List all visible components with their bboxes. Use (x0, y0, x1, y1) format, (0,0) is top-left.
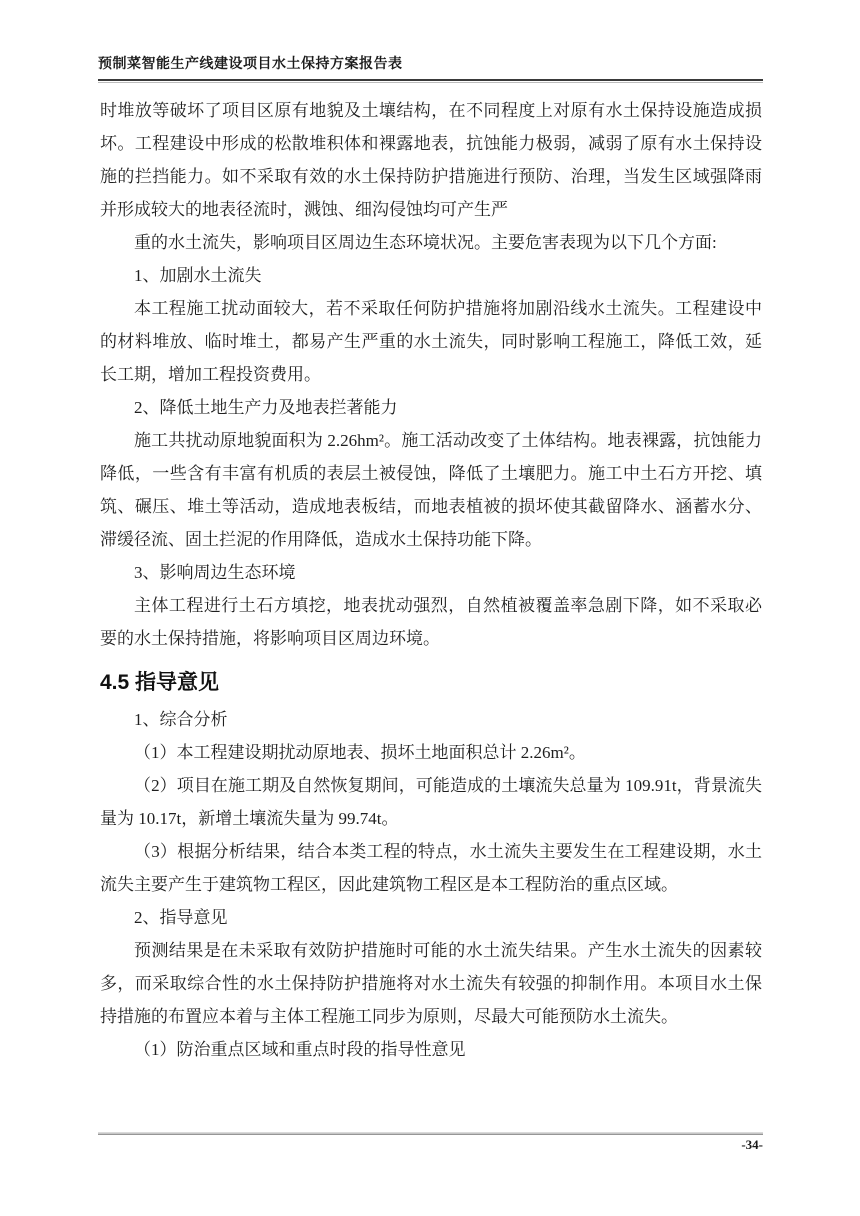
body-paragraph: 时堆放等破坏了项目区原有地貌及土壤结构，在不同程度上对原有水土保持设施造成损坏。… (100, 94, 762, 226)
body-paragraph: 预测结果是在未采取有效防护措施时可能的水土流失结果。产生水土流失的因素较多，而采… (100, 934, 762, 1033)
page-number: -34- (741, 1137, 763, 1153)
document-title: 预制菜智能生产线建设项目水土保持方案报告表 (98, 56, 763, 74)
footer-rule (98, 1132, 763, 1135)
body-paragraph: （1）本工程建设期扰动原地表、损坏土地面积总计 2.26m²。 (100, 736, 762, 769)
section-heading: 4.5 指导意见 (100, 669, 762, 697)
body-paragraph: 施工共扰动原地貌面积为 2.26hm²。施工活动改变了土体结构。地表裸露，抗蚀能… (100, 424, 762, 556)
document-page: 预制菜智能生产线建设项目水土保持方案报告表 时堆放等破坏了项目区原有地貌及土壤结… (0, 0, 860, 1216)
body-paragraph: （2）项目在施工期及自然恢复期间，可能造成的土壤流失总量为 109.91t，背景… (100, 769, 762, 835)
page-header: 预制菜智能生产线建设项目水土保持方案报告表 (98, 56, 763, 83)
list-item-heading: 1、加剧水土流失 (100, 259, 762, 292)
body-paragraph: 本工程施工扰动面较大，若不采取任何防护措施将加剧沿线水土流失。工程建设中的材料堆… (100, 292, 762, 391)
list-item-heading: 2、指导意见 (100, 901, 762, 934)
body-paragraph: （3）根据分析结果，结合本类工程的特点，水土流失主要发生在工程建设期，水土流失主… (100, 835, 762, 901)
body-paragraph: 重的水土流失，影响项目区周边生态环境状况。主要危害表现为以下几个方面: (100, 226, 762, 259)
document-body: 时堆放等破坏了项目区原有地貌及土壤结构，在不同程度上对原有水土保持设施造成损坏。… (100, 94, 762, 1066)
body-paragraph: （1）防治重点区域和重点时段的指导性意见 (100, 1033, 762, 1066)
body-paragraph: 主体工程进行土石方填挖，地表扰动强烈，自然植被覆盖率急剧下降，如不采取必要的水土… (100, 589, 762, 655)
list-item-heading: 2、降低土地生产力及地表拦著能力 (100, 391, 762, 424)
list-item-heading: 1、综合分析 (100, 703, 762, 736)
list-item-heading: 3、影响周边生态环境 (100, 556, 762, 589)
header-rule (98, 79, 763, 83)
